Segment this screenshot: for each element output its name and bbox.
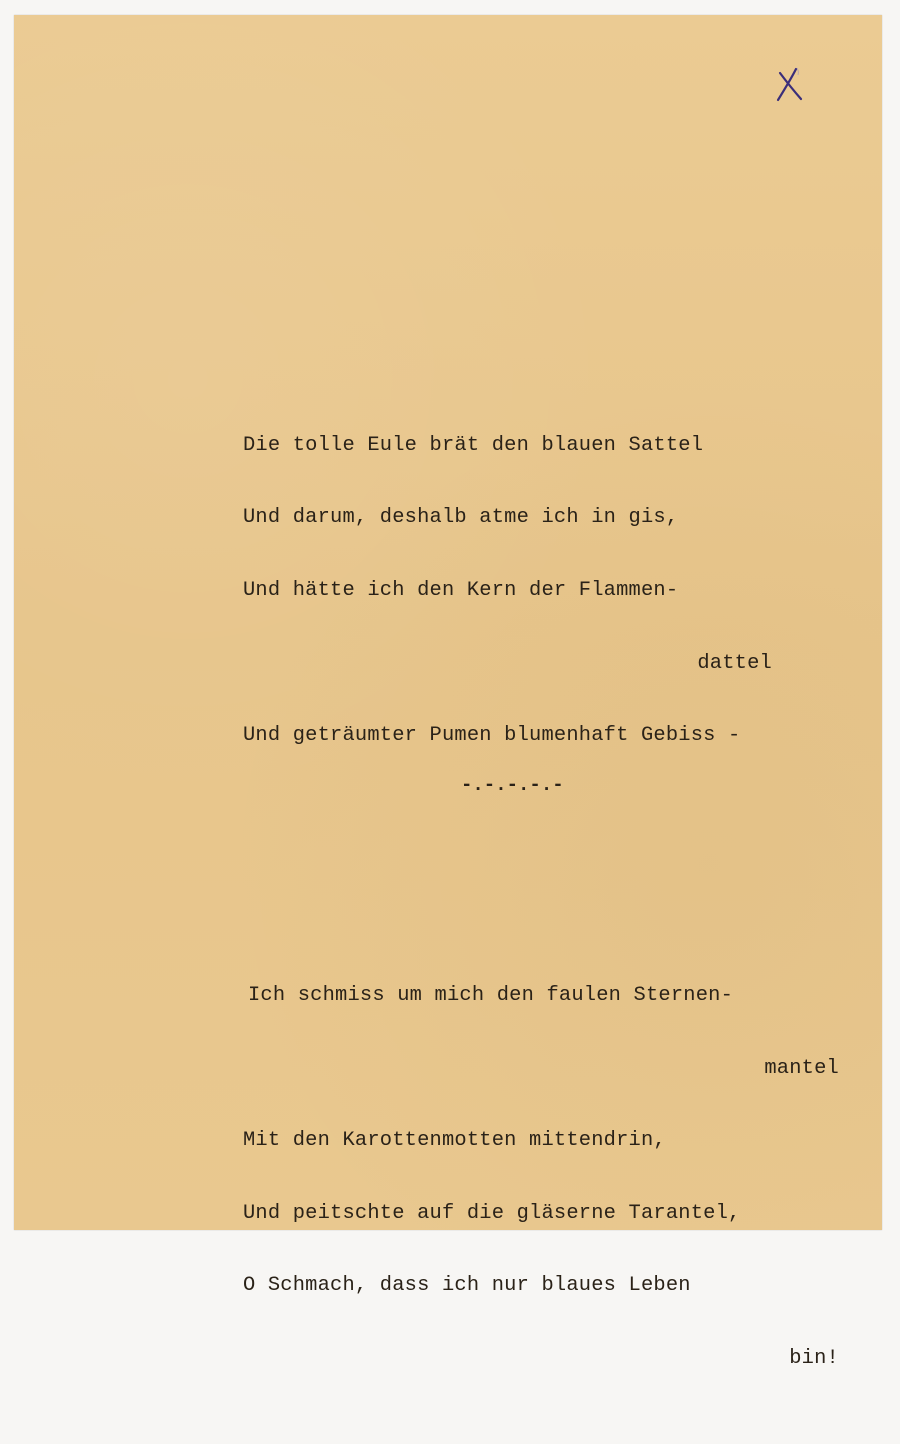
poem-line: Und peitschte auf die gläserne Tarantel, — [243, 1202, 839, 1226]
poem-line: Und geträumter Pumen blumenhaft Gebiss - — [243, 724, 839, 748]
section-separator: -.-.-.-.- — [461, 774, 564, 796]
stanza-gap — [243, 845, 839, 887]
stanza-1: Die tolle Eule brät den blauen Sattel Un… — [243, 385, 839, 796]
stanza-2: Ich schmiss um mich den faulen Sternen- … — [243, 936, 839, 1248]
poem-line: Und hätte ich den Kern der Flammen- — [243, 579, 839, 603]
poem-line: Mit den Karottenmotten mittendrin, — [243, 1129, 839, 1153]
poem-line: Und darum, deshalb atme ich in gis, — [243, 506, 839, 530]
poem-line: Ich schmiss um mich den faulen Sternen- — [243, 984, 839, 1008]
poem-line-continuation: dattel — [243, 652, 772, 676]
poem-line-continuation: mantel — [243, 1057, 839, 1081]
poem-line: Die tolle Eule brät den blauen Sattel — [243, 434, 839, 458]
handwritten-x-mark — [774, 67, 804, 103]
